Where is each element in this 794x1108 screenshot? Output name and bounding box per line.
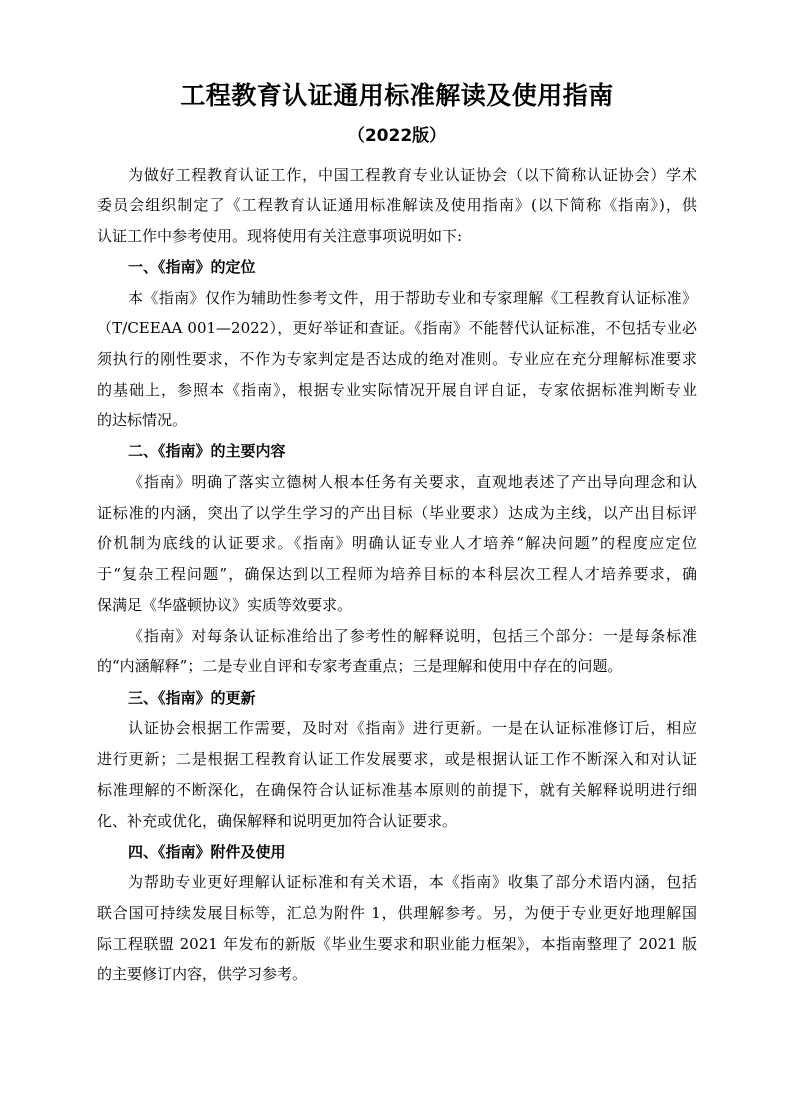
- paragraph-line: 保满足《华盛顿协议》实质等效要求。: [97, 595, 697, 615]
- document-page: 工程教育认证通用标准解读及使用指南 （2022版） 为做好工程教育认证工作，中国…: [0, 0, 794, 1108]
- intro-line: 认证工作中参考使用。现将使用有关注意事项说明如下:: [97, 226, 697, 246]
- paragraph-line: 际工程联盟 2021 年发布的新版《毕业生要求和职业能力框架》，本指南整理了 2…: [97, 934, 697, 954]
- paragraph-line: 进行更新；二是根据工程教育认证工作发展要求，或是根据认证工作不断深入和对认证: [97, 749, 697, 769]
- document-title: 工程教育认证通用标准解读及使用指南: [0, 76, 794, 112]
- section-heading-main-content: 二、《指南》的主要内容: [128, 441, 286, 461]
- paragraph-line: 联合国可持续发展目标等，汇总为附件 1，供理解参考。另，为便于专业更好地理解国: [97, 903, 697, 923]
- paragraph-line: 《指南》对每条认证标准给出了参考性的解释说明，包括三个部分：一是每条标准: [128, 626, 697, 646]
- paragraph-line: 本《指南》仅作为辅助性参考文件，用于帮助专业和专家理解《工程教育认证标准》: [128, 288, 697, 308]
- paragraph-line: 须执行的刚性要求，不作为专家判定是否达成的绝对准则。专业应在充分理解标准要求: [97, 349, 697, 369]
- paragraph-line: 的达标情况。: [97, 410, 697, 430]
- section-heading-appendix: 四、《指南》附件及使用: [128, 842, 286, 862]
- paragraph-line: 价机制为底线的认证要求。《指南》明确认证专业人才培养“解决问题”的程度应定位: [97, 533, 697, 553]
- paragraph-line: 于“复杂工程问题”，确保达到以工程师为培养目标的本科层次工程人才培养要求，确: [97, 564, 697, 584]
- section-heading-positioning: 一、《指南》的定位: [128, 257, 256, 277]
- document-subtitle: （2022版）: [0, 121, 794, 146]
- paragraph-line: 的主要修订内容，供学习参考。: [97, 964, 697, 984]
- section-heading-updates: 三、《指南》的更新: [128, 688, 256, 708]
- paragraph-line: 的“内涵解释”；二是专业自评和专家考查重点；三是理解和使用中存在的问题。: [97, 656, 697, 676]
- intro-line: 委员会组织制定了《工程教育认证通用标准解读及使用指南》(以下简称《指南》)，供: [97, 195, 697, 215]
- paragraph-line: 为帮助专业更好理解认证标准和有关术语，本《指南》收集了部分术语内涵，包括: [128, 872, 697, 892]
- paragraph-line: （T/CEEAA 001—2022），更好举证和查证。《指南》不能替代认证标准，…: [97, 318, 697, 338]
- paragraph-line: 标准理解的不断深化，在确保符合认证标准基本原则的前提下，就有关解释说明进行细: [97, 780, 697, 800]
- paragraph-line: 的基础上，参照本《指南》，根据专业实际情况开展自评自证，专家依据标准判断专业: [97, 380, 697, 400]
- intro-line: 为做好工程教育认证工作，中国工程教育专业认证协会（以下简称认证协会）学术: [128, 165, 697, 185]
- paragraph-line: 《指南》明确了落实立德树人根本任务有关要求，直观地表述了产出导向理念和认: [128, 472, 697, 492]
- paragraph-line: 证标准的内涵，突出了以学生学习的产出目标（毕业要求）达成为主线，以产出目标评: [97, 503, 697, 523]
- paragraph-line: 认证协会根据工作需要，及时对《指南》进行更新。一是在认证标准修订后，相应: [128, 718, 697, 738]
- paragraph-line: 化、补充或优化，确保解释和说明更加符合认证要求。: [97, 811, 697, 831]
